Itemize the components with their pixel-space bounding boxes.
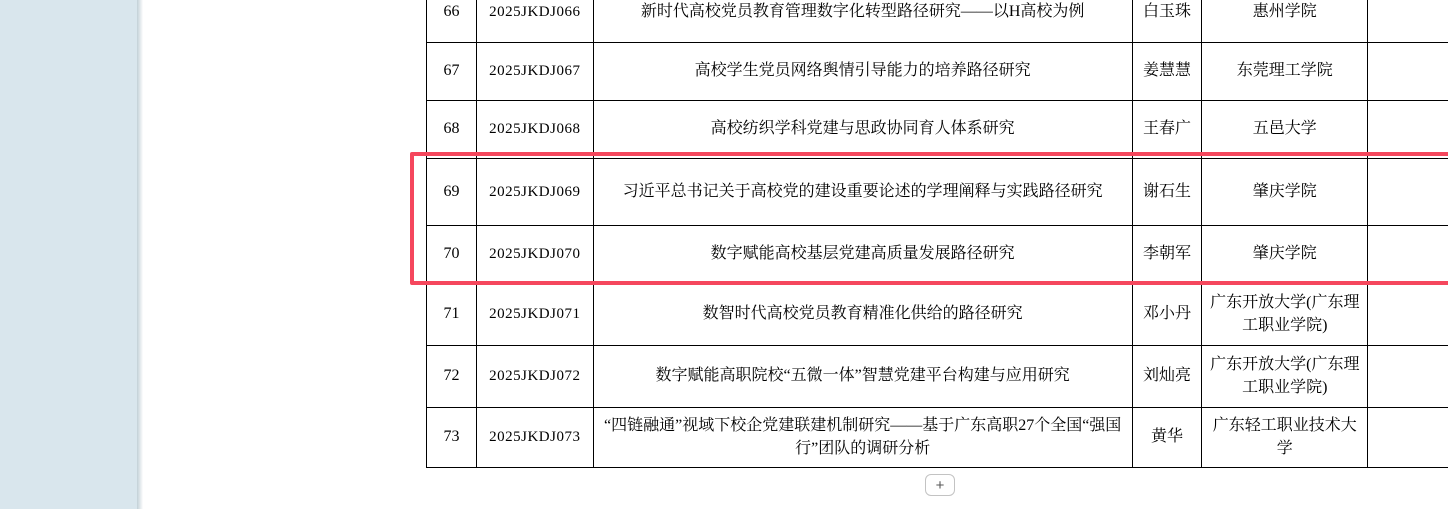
remark-cell[interactable] <box>1368 43 1448 100</box>
project-title-cell[interactable]: 新时代高校党员教育管理数字化转型路径研究——以H高校为例 <box>594 0 1133 42</box>
project-code-cell[interactable]: 2025JKDJ067 <box>477 43 594 100</box>
remark-cell[interactable] <box>1368 159 1448 225</box>
row-number-cell[interactable]: 68 <box>427 101 477 158</box>
row-number-cell[interactable]: 66 <box>427 0 477 42</box>
add-row-button[interactable]: + <box>925 474 955 496</box>
project-code-cell[interactable]: 2025JKDJ070 <box>477 226 594 283</box>
table-row: 692025JKDJ069习近平总书记关于高校党的建设重要论述的学理阐释与实践路… <box>427 159 1448 226</box>
institution-cell[interactable]: 肇庆学院 <box>1202 159 1368 225</box>
table-row: 662025JKDJ066新时代高校党员教育管理数字化转型路径研究——以H高校为… <box>427 0 1448 43</box>
row-number-cell[interactable]: 67 <box>427 43 477 100</box>
project-title-cell[interactable]: 数字赋能高职院校“五微一体”智慧党建平台构建与应用研究 <box>594 346 1133 407</box>
remark-cell[interactable] <box>1368 284 1448 345</box>
project-code-cell[interactable]: 2025JKDJ069 <box>477 159 594 225</box>
institution-cell[interactable]: 五邑大学 <box>1202 101 1368 158</box>
leader-name-cell[interactable]: 白玉珠 <box>1133 0 1203 42</box>
table-row: 732025JKDJ073“四链融通”视域下校企党建联建机制研究——基于广东高职… <box>427 408 1448 467</box>
project-title-cell[interactable]: 习近平总书记关于高校党的建设重要论述的学理阐释与实践路径研究 <box>594 159 1133 225</box>
project-title-cell[interactable]: 高校纺织学科党建与思政协同育人体系研究 <box>594 101 1133 158</box>
table-row: 682025JKDJ068高校纺织学科党建与思政协同育人体系研究王春广五邑大学 <box>427 101 1448 159</box>
project-code-cell[interactable]: 2025JKDJ073 <box>477 408 594 467</box>
remark-cell[interactable] <box>1368 101 1448 158</box>
institution-cell[interactable]: 惠州学院 <box>1202 0 1368 42</box>
leader-name-cell[interactable]: 黄华 <box>1133 408 1203 467</box>
leader-name-cell[interactable]: 王春广 <box>1133 101 1203 158</box>
project-code-cell[interactable]: 2025JKDJ072 <box>477 346 594 407</box>
project-code-cell[interactable]: 2025JKDJ071 <box>477 284 594 345</box>
project-code-cell[interactable]: 2025JKDJ066 <box>477 0 594 42</box>
leader-name-cell[interactable]: 刘灿亮 <box>1133 346 1203 407</box>
institution-cell[interactable]: 东莞理工学院 <box>1202 43 1368 100</box>
table-row: 702025JKDJ070数字赋能高校基层党建高质量发展路径研究李朝军肇庆学院 <box>427 226 1448 284</box>
project-title-cell[interactable]: 高校学生党员网络舆情引导能力的培养路径研究 <box>594 43 1133 100</box>
project-code-cell[interactable]: 2025JKDJ068 <box>477 101 594 158</box>
project-title-cell[interactable]: 数字赋能高校基层党建高质量发展路径研究 <box>594 226 1133 283</box>
project-title-cell[interactable]: 数智时代高校党员教育精准化供给的路径研究 <box>594 284 1133 345</box>
row-number-cell[interactable]: 69 <box>427 159 477 225</box>
left-panel <box>0 0 137 509</box>
institution-cell[interactable]: 广东开放大学(广东理工职业学院) <box>1202 284 1368 345</box>
leader-name-cell[interactable]: 姜慧慧 <box>1133 43 1203 100</box>
projects-table: 662025JKDJ066新时代高校党员教育管理数字化转型路径研究——以H高校为… <box>426 0 1448 468</box>
table-row: 722025JKDJ072数字赋能高职院校“五微一体”智慧党建平台构建与应用研究… <box>427 346 1448 408</box>
remark-cell[interactable] <box>1368 226 1448 283</box>
remark-cell[interactable] <box>1368 408 1448 467</box>
leader-name-cell[interactable]: 李朝军 <box>1133 226 1203 283</box>
table-row: 712025JKDJ071数智时代高校党员教育精准化供给的路径研究邓小丹广东开放… <box>427 284 1448 346</box>
remark-cell[interactable] <box>1368 0 1448 42</box>
leader-name-cell[interactable]: 邓小丹 <box>1133 284 1203 345</box>
row-number-cell[interactable]: 70 <box>427 226 477 283</box>
remark-cell[interactable] <box>1368 346 1448 407</box>
document-page: 662025JKDJ066新时代高校党员教育管理数字化转型路径研究——以H高校为… <box>0 0 1448 509</box>
document-canvas: 662025JKDJ066新时代高校党员教育管理数字化转型路径研究——以H高校为… <box>143 0 1448 509</box>
table-row: 672025JKDJ067高校学生党员网络舆情引导能力的培养路径研究姜慧慧东莞理… <box>427 43 1448 101</box>
institution-cell[interactable]: 肇庆学院 <box>1202 226 1368 283</box>
row-number-cell[interactable]: 72 <box>427 346 477 407</box>
project-title-cell[interactable]: “四链融通”视域下校企党建联建机制研究——基于广东高职27个全国“强国行”团队的… <box>594 408 1133 467</box>
institution-cell[interactable]: 广东开放大学(广东理工职业学院) <box>1202 346 1368 407</box>
row-number-cell[interactable]: 71 <box>427 284 477 345</box>
institution-cell[interactable]: 广东轻工职业技术大学 <box>1202 408 1368 467</box>
row-number-cell[interactable]: 73 <box>427 408 477 467</box>
leader-name-cell[interactable]: 谢石生 <box>1133 159 1203 225</box>
